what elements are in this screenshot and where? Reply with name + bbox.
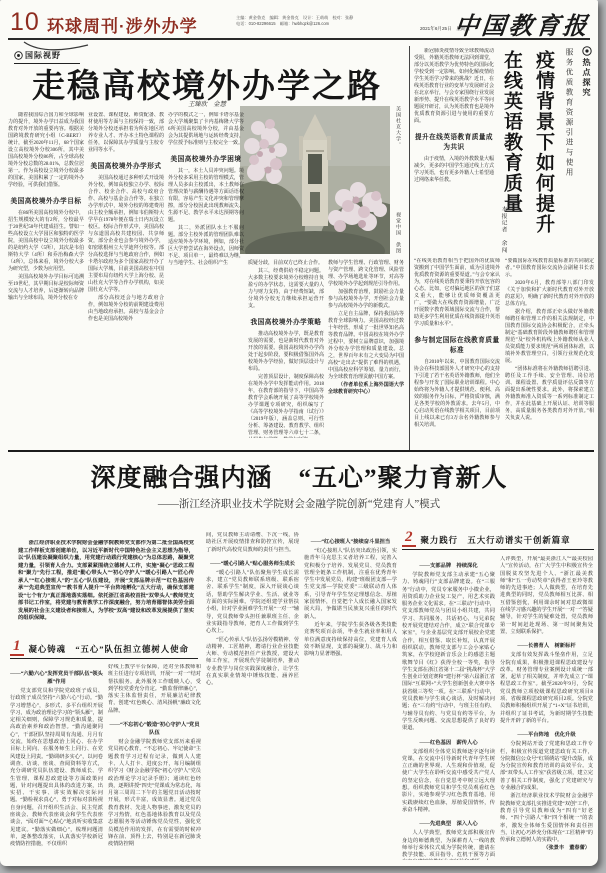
bottom-column-5: ——支部品牌 持续深化学院教师党支部主动承建“五心聚力、铸魂同行”支部品牌建设。… [402, 556, 495, 860]
bottom-headline: 深度融合强内涵 “五心”聚力育新人 [8, 458, 590, 494]
credits-line2: 电话：010-82296615 邮箱：hwbhqzk@126.com [236, 21, 386, 27]
article-subhead: 美国高校境外办学形式 [88, 160, 164, 170]
paragraph: 支部组织全体党员教师逐字逐句读党课，在交流中引导新时代青年学生树立正确的世界观、… [402, 749, 495, 815]
header-rule [8, 38, 590, 40]
paragraph: “暖心引路人”队伍聚焦学生成长需求，建立“党员教师联系班级、联系宿舍、联系学生”… [206, 570, 299, 636]
section-heading-text: 凝心铸魂 “五心”队伍担立德树人使命 [29, 643, 189, 656]
paragraph: 加强教育治理，鼓励社会力量参与高校境外办学，开创社会力量参与高校境外办学的新模式… [328, 289, 404, 310]
main-article-column-4: 质疑分歧，目前双方已终止合作。其三，经费供给不稳定问题。大多数主校要求境外分校维… [248, 112, 324, 438]
right-article-byline: 本报记者 余闯 [499, 206, 508, 254]
section-logo-icon [14, 51, 23, 60]
paragraph: 业设置、课程建设、师资配备、教材使用等方面与主校保持一致，部分境外分校还承担着为… [88, 112, 164, 154]
bottom-column-6: 人评典型，开展“最美浙江人”“最美校园人”宣传活动，在广大学生中积极宣传全国脱贫… [500, 556, 593, 860]
section-name: 环球周刊·涉外办学 [47, 12, 198, 37]
bottom-column-2: 好线上教学平台保障，还对全体教师和班主任进行专项培训，开展“一对一”结对帮扶服务… [108, 664, 201, 860]
paragraph: 部分高校还会与地方政府合作，例如境外分校的前期建设费用由当地政府承担。高校与基金… [88, 295, 164, 323]
badge-label: 热点探究 [581, 58, 592, 98]
horizontal-divider [8, 450, 594, 452]
article-sub-subhead: ——“红心接班人”接续奋斗显担当 [304, 537, 397, 545]
authors-signature: （张景丰 董春蕾） [500, 845, 593, 852]
paragraph: 2020年6月，教育部等八部门印发《关于加快和扩大新时代教育对外开放的意见》，明… [505, 280, 594, 308]
main-article-column-1: 随着我国综合国力和全球影响力的提升，境外办学日益成为我国教育对外开放的重要内容。… [8, 112, 84, 438]
vertical-divider [409, 46, 410, 450]
paragraph: 立足自主品牌，保持我国高等教育全球影响力。美国高校经过数十年经营，形成了一批世界… [328, 311, 404, 381]
bottom-section1-heading: 1 凝心铸魂 “五心”队伍担立德树人使命 [10, 640, 198, 659]
article-subhead: 美国高校境外办学困境 [168, 153, 244, 163]
paragraph: 其一，本土人员冲突问题。境外分校多采用主校的管理模式，管理人员多由主校派出，本土… [168, 168, 244, 224]
newspaper-scan: { "colors": { "banner_red": "#8e2c20", "… [0, 0, 606, 873]
bottom-column-3: 间，党员教师主动请缨、下沉一线，协助社区开展疫情排查和防控宣传，展现了新时代高校… [206, 532, 299, 860]
paragraph: 其三，经费供给不稳定问题。大多数主校要求境外分校维持自负盈亏的办学状态，这需要大… [248, 268, 324, 310]
paragraph: 近年来，学院学生获各级各类技能竞赛奖项百余项，毕业生就业率和用人单位满意度持续保… [304, 622, 397, 658]
paragraph: 完善顶层设计，制度保障高校在境外办学中发挥能动作用。2018年，在教育部的指导下… [248, 374, 324, 438]
article-subhead: 参与制定国际在线教育质量标准 [414, 334, 500, 354]
paragraph: 据介绍，教育部正牵头做好外籍教师聘任和管理工作的相关法规制定，中国教育国际交流协… [505, 309, 594, 365]
paragraph: 美国高校通过多种形式开设境外分校，例如高校独立办学、校际合作、校企合作、高校与政… [88, 175, 164, 294]
article-subhead: 我国高校境外办学策略 [248, 316, 324, 326]
paragraph: 自2010年以来，中国教育国际交流协会在科技部国外人才研究中心的支持下引进了若干… [414, 359, 500, 429]
paragraph: 由于疫情，入境的外教数量大幅减少，更多的中国学生通过线上方式学习英语，也有更多外… [414, 156, 494, 184]
headline-line-1: 疫情背景下如何提升 [530, 50, 557, 254]
paragraph: 质疑分歧，目前双方已终止合作。 [248, 260, 324, 267]
paragraph: “红心接班人”队伍突出政治引领，实施青年马克思主义者培养工程，完善入党积极分子培… [304, 548, 397, 621]
paragraph: 在86所美国高校境外分校中，招生规模较大的有2所，分校最早于20世纪50年代建成… [8, 210, 84, 273]
article-subhead: 美国高校境外办学目标 [8, 195, 84, 205]
paragraph: 支部有效发挥战斗堡垒作用，立足分院有成果，积极推进课程思政建设与改革。财务管理专… [500, 652, 593, 725]
paragraph: “在线英语教育相当于把国外的优质师资搬到了中国学生面前，成为引进境外优质教育资源… [414, 258, 500, 328]
right-article-column-b1: “在线英语教育相当于把国外的优质师资搬到了中国学生面前，成为引进境外优质教育资源… [414, 258, 500, 448]
paragraph: 人评典型，开展“最美浙江人”“最美校园人”宣传活动，在广大学生中积极宣传全国脱贫… [500, 556, 593, 636]
right-article-column-b2: “要做国际在线教育质量标准的共同制定者。”中国教育国际交流协会副秘书长表示。20… [505, 258, 594, 448]
article-sub-subhead: ——“不忘初心”锻造“初心守护人”党员队伍 [108, 720, 201, 736]
article-sub-subhead: ——“暖心引路人”贴心服务师生成长 [206, 559, 299, 567]
article-subhead: 提升在线英语教育质量成为共识 [414, 131, 494, 151]
section-badge-hotspot: 热点探究 [579, 46, 594, 98]
paragraph: “匠心传承人”队伍弘扬劳模精神、劳动精神、工匠精神，聘请行业企业技能大师、劳动模… [206, 637, 299, 688]
paragraph: 财会金融学院教师党支部历来重视党员初心教育，“不忘初心、牢记使命”主题教育学习过… [108, 739, 201, 848]
paragraph: 其二，外派团队水土不服问题。部分主校外派的管理团队难以适应境外办学环境，例如，部… [168, 225, 244, 267]
section-number: 2 [402, 531, 416, 547]
page-number: 10 [10, 8, 40, 37]
right-article-kicker: 服务优质教育资源引进与使用 [564, 48, 575, 178]
section-number: 1 [10, 640, 24, 656]
paragraph: 办学的模式之一，例如卡塔尔基金会大学城聚集了卡内基梅隆大学等6所美国高校境外分校… [168, 112, 244, 147]
edition-credits: 主编：黄金鲁克 编辑：黄金鲁克 设计：王萌萌 校对：张静 电话：010-8229… [236, 15, 386, 27]
right-article-column-a: 新冠肺炎疫情导致全球教师流动受阻，外籍英语教师无法回到课堂，部分以英语教学为优势… [414, 48, 494, 254]
paragraph: 推动高校境外办学，既是教育发展的需要，也是新时代教育对外开放的需要。我国高校境外… [248, 331, 324, 373]
bottom-section2-heading: 2 聚力践行 五大行动谱实干创新篇章 [402, 531, 594, 550]
bottom-subtitle: ——浙江经济职业技术学院财会金融学院创新“党建育人”模式 [8, 496, 590, 511]
paragraph: 新冠肺炎疫情导致全球教师流动受阻，外籍英语教师无法回到课堂，部分以英语教学为优势… [414, 48, 494, 125]
article-sub-subhead: ——“六勤六心”发挥党员干部队伍“领头雁”作用 [10, 669, 103, 685]
paragraph: 分院网站开设了党建和思政工作专栏，积极宣传报道党建思政有关工作，分院微信公众号“… [500, 741, 593, 792]
bottom-intro-paragraph: 浙江经济职业技术学院财会金融学院教师党支部作为第二批全国高校党建工作样板支部创建… [18, 540, 194, 636]
author-affiliation-note: （作者单位系上海外国语大学全球教育研究中心） [328, 382, 404, 396]
paragraph: 人人学典型，教师党支部积极宣传身边的师德典型，为深耕育人一线的教师举行荣休仪式成… [402, 830, 495, 860]
paragraph: 教师与学生管理、行政管理、财务与资产管理、跨文化管理、风险管理、办学场地选址等环… [328, 260, 404, 288]
paragraph: 浙江经济职业技术学院财会金融学院教师党支部扎实推进党建“双创”工作，教育引导党员… [500, 793, 593, 844]
bottom-column-1: ——“六勤六心”发挥党员干部队伍“领头雁”作用党支部党员和学院党政班子成员、行政… [10, 664, 103, 860]
paragraph: 好线上教学平台保障，还对全体教师和班主任进行专项培训，开展“一对一”结对帮扶服务… [108, 664, 201, 715]
paragraph: 间，党员教师主动请缨、下沉一线，协助社区开展疫情排查和防控宣传，展现了新时代高校… [206, 532, 299, 554]
paragraph: 随着我国综合国力和全球影响力的提升，境外办学日益成为我国教育对外开放的重要内容。… [8, 112, 84, 189]
bottom-column-4: ——“红心接班人”接续奋斗显担当“红心接班人”队伍突出政治引领，实施青年马克思主… [304, 532, 397, 860]
paragraph: 美国高校境外办学目标可追溯至19世纪，其早期目标是校际师资交流与人才培养，后逐渐… [8, 274, 84, 302]
article-sub-subhead: ——支部品牌 持续深化 [402, 561, 495, 569]
paragraph: “团体标准将在外籍教师招聘引进、聘任及工作手续、安全管理、岗位培训、课程设置、教… [505, 366, 594, 422]
main-article-column-3: 办学的模式之一，例如卡塔尔基金会大学城聚集了卡内基梅隆大学等6所美国高校境外分校… [168, 112, 244, 438]
paragraph: 党支部党员和学院党政班子成员、行政班子成员坚持“六勤六心”行动。“勤学习增慧心”… [10, 688, 103, 849]
right-article-titleblock: 热点探究 服务优质教育资源引进与使用 疫情背景下如何提升 在线英语教育质量 本报… [498, 46, 594, 256]
newspaper-page: 10 环球周刊·涉外办学 主编：黄金鲁克 编辑：黄金鲁克 设计：王萌萌 校对：张… [0, 0, 598, 866]
article-sub-subhead: ——先进典型 深入人心 [402, 819, 495, 827]
article-sub-subhead: ——红色基因 薪传人心 [402, 738, 495, 746]
main-article-column-2: 业设置、课程建设、师资配备、教材使用等方面与主校保持一致，部分境外分校还承担着为… [88, 112, 164, 438]
section-heading-text: 聚力践行 五大行动谱实干创新篇章 [421, 534, 571, 547]
main-article-column-5: 教师与学生管理、行政管理、财务与资产管理、跨文化管理、风险管理、办学场地选址等环… [328, 112, 404, 438]
paragraph: 学院教师党支部主动承建“五心聚力、铸魂同行”支部品牌建设。在“三服务”行动中，党… [402, 572, 495, 733]
article-sub-subhead: ——平台阵地 优化升级 [500, 730, 593, 738]
paragraph: “要做国际在线教育质量标准的共同制定者。”中国教育国际交流协会副秘书长表示。 [505, 258, 594, 279]
section-logo-icon [582, 46, 592, 56]
article-sub-subhead: ——长善育人 树新标杆 [500, 641, 593, 649]
newspaper-masthead: 中国教育报 [453, 6, 592, 41]
